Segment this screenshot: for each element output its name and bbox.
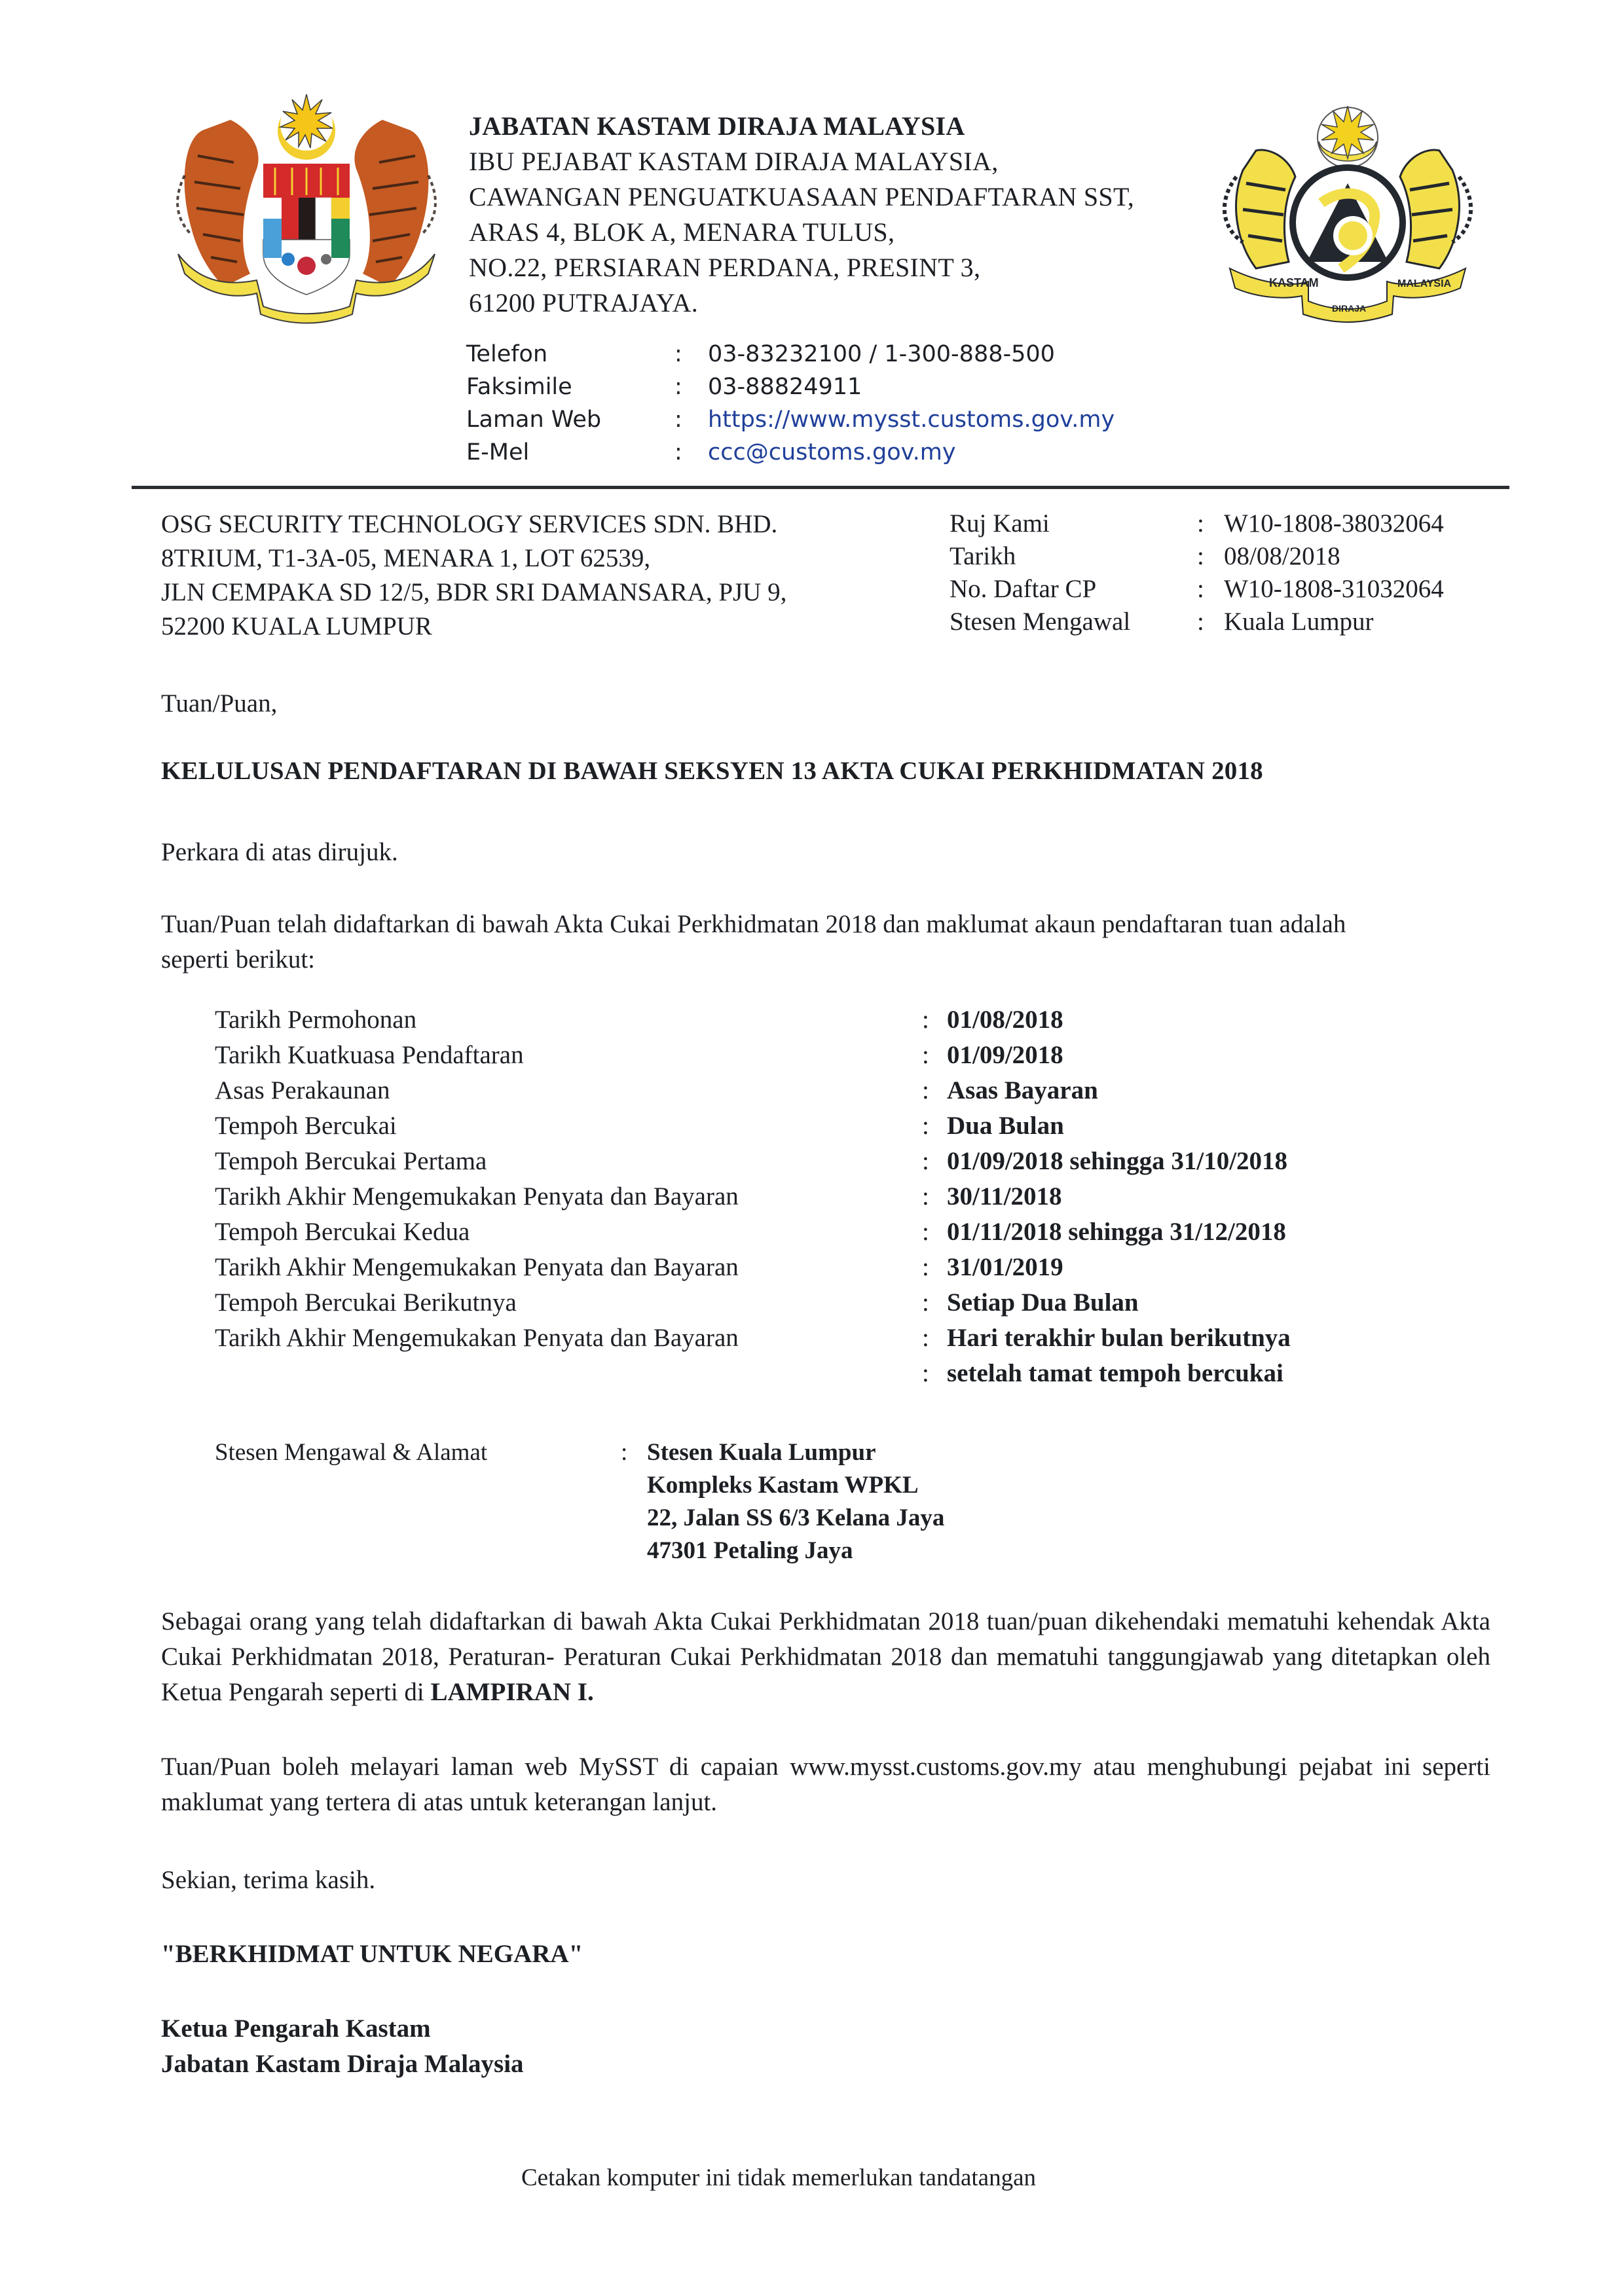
detail-row: Tarikh Akhir Mengemukakan Penyata dan Ba… <box>215 1320 1291 1355</box>
malaysia-coat-of-arms-icon <box>172 90 441 326</box>
address-line: IBU PEJABAT KASTAM DIRAJA MALAYSIA, <box>469 144 1134 179</box>
controlling-station-address: Stesen Mengawal & Alamat:Stesen Kuala Lu… <box>215 1436 944 1567</box>
detail-label: Tarikh Akhir Mengemukakan Penyata dan Ba… <box>215 1182 922 1211</box>
appendix-reference: LAMPIRAN I. <box>431 1678 594 1706</box>
registration-number: W10-1808-31032064 <box>1224 573 1444 606</box>
contact-row-telefon: Telefon : 03-83232100 / 1-300-888-500 <box>466 338 1115 371</box>
recipient-address-line: 8TRIUM, T1-3A-05, MENARA 1, LOT 62539, <box>161 541 786 575</box>
fax-number: 03-88824911 <box>708 371 862 403</box>
letter-title: KELULUSAN PENDAFTARAN DI BAWAH SEKSYEN 1… <box>161 756 1263 786</box>
letterhead-address: JABATAN KASTAM DIRAJA MALAYSIA IBU PEJAB… <box>469 109 1134 321</box>
separator: : <box>922 1111 947 1140</box>
detail-label: Tarikh Kuatkuasa Pendaftaran <box>215 1040 922 1070</box>
address-line: NO.22, PERSIARAN PERDANA, PRESINT 3, <box>469 250 1134 285</box>
separator: : <box>1197 507 1224 540</box>
contact-row-web: Laman Web : https://www.mysst.customs.go… <box>466 403 1115 436</box>
address-line: CAWANGAN PENGUATKUASAAN PENDAFTARAN SST, <box>469 179 1134 215</box>
detail-value: setelah tamat tempoh bercukai <box>947 1358 1283 1388</box>
detail-label: Tempoh Bercukai Kedua <box>215 1217 922 1247</box>
separator: : <box>922 1182 947 1211</box>
svg-text:KASTAM: KASTAM <box>1269 276 1319 289</box>
phone-number: 03-83232100 / 1-300-888-500 <box>708 338 1055 371</box>
separator: : <box>922 1358 947 1388</box>
ref-number: W10-1808-38032064 <box>1224 507 1444 540</box>
detail-row: :setelah tamat tempoh bercukai <box>215 1355 1291 1391</box>
ref-row-stesen: Stesen Mengawal : Kuala Lumpur <box>950 606 1444 638</box>
reference-block: Ruj Kami : W10-1808-38032064 Tarikh : 08… <box>950 507 1444 638</box>
paragraph-1-line-2: seperti berikut: <box>161 942 315 977</box>
detail-row: Tarikh Permohonan:01/08/2018 <box>215 1002 1291 1037</box>
detail-row: Tarikh Akhir Mengemukakan Penyata dan Ba… <box>215 1178 1291 1214</box>
detail-row: Tarikh Kuatkuasa Pendaftaran:01/09/2018 <box>215 1037 1291 1072</box>
ref-row-ruj-kami: Ruj Kami : W10-1808-38032064 <box>950 507 1444 540</box>
letterhead-divider <box>132 486 1509 489</box>
contact-label: Laman Web <box>466 403 674 436</box>
detail-value: 31/01/2019 <box>947 1252 1063 1282</box>
detail-value: 01/09/2018 <box>947 1040 1063 1070</box>
station-row: Kompleks Kastam WPKL <box>215 1468 944 1501</box>
contact-info: Telefon : 03-83232100 / 1-300-888-500 Fa… <box>466 338 1115 469</box>
detail-row: Tempoh Bercukai:Dua Bulan <box>215 1108 1291 1143</box>
paragraph-2: Sebagai orang yang telah didaftarkan di … <box>161 1604 1490 1710</box>
detail-row: Tempoh Bercukai Pertama:01/09/2018 sehin… <box>215 1143 1291 1178</box>
contact-label: Faksimile <box>466 371 674 403</box>
detail-label: Tempoh Bercukai <box>215 1111 922 1140</box>
registration-details: Tarikh Permohonan:01/08/2018 Tarikh Kuat… <box>215 1002 1291 1391</box>
contact-row-email: E-Mel : ccc@customs.gov.my <box>466 436 1115 469</box>
detail-label: Tempoh Bercukai Berikutnya <box>215 1288 922 1317</box>
paragraph-3: Tuan/Puan boleh melayari laman web MySST… <box>161 1749 1490 1820</box>
separator: : <box>922 1005 947 1034</box>
detail-value: 01/11/2018 sehingga 31/12/2018 <box>947 1217 1286 1247</box>
separator: : <box>922 1217 947 1247</box>
salutation: Tuan/Puan, <box>161 686 277 721</box>
separator: : <box>922 1146 947 1176</box>
signatory-organization: Jabatan Kastam Diraja Malaysia <box>161 2047 524 2082</box>
ref-label: Ruj Kami <box>950 507 1197 540</box>
station-line: 47301 Petaling Jaya <box>647 1537 853 1565</box>
detail-row: Tempoh Bercukai Kedua:01/11/2018 sehingg… <box>215 1214 1291 1249</box>
separator: : <box>1197 606 1224 638</box>
detail-label: Tarikh Akhir Mengemukakan Penyata dan Ba… <box>215 1323 922 1353</box>
detail-row: Asas Perakaunan:Asas Bayaran <box>215 1072 1291 1108</box>
separator: : <box>674 403 708 436</box>
email-link[interactable]: ccc@customs.gov.my <box>708 436 956 469</box>
detail-value: Setiap Dua Bulan <box>947 1288 1139 1317</box>
recipient-address-line: JLN CEMPAKA SD 12/5, BDR SRI DAMANSARA, … <box>161 575 786 610</box>
detail-row: Tarikh Akhir Mengemukakan Penyata dan Ba… <box>215 1249 1291 1285</box>
detail-label: Asas Perakaunan <box>215 1076 922 1105</box>
paragraph-1-line-1: Tuan/Puan telah didaftarkan di bawah Akt… <box>161 907 1346 942</box>
detail-value: 01/08/2018 <box>947 1005 1063 1034</box>
separator: : <box>1197 573 1224 606</box>
address-line: ARAS 4, BLOK A, MENARA TULUS, <box>469 215 1134 250</box>
letter-date: 08/08/2018 <box>1224 540 1340 573</box>
royal-malaysian-customs-crest-icon: KASTAM DIRAJA MALAYSIA <box>1217 92 1479 327</box>
footer-note: Cetakan komputer ini tidak memerlukan ta… <box>521 2160 1036 2196</box>
separator: : <box>621 1438 647 1467</box>
separator: : <box>674 371 708 403</box>
contact-row-faksimile: Faksimile : 03-88824911 <box>466 371 1115 403</box>
station-line: Stesen Kuala Lumpur <box>647 1438 876 1467</box>
ref-label: Tarikh <box>950 540 1197 573</box>
ref-row-no-daftar: No. Daftar CP : W10-1808-31032064 <box>950 573 1444 606</box>
ref-label: Stesen Mengawal <box>950 606 1197 638</box>
recipient-name: OSG SECURITY TECHNOLOGY SERVICES SDN. BH… <box>161 507 786 541</box>
intro-text: Perkara di atas dirujuk. <box>161 835 398 870</box>
address-line: 61200 PUTRAJAYA. <box>469 285 1134 321</box>
svg-text:MALAYSIA: MALAYSIA <box>1397 278 1452 289</box>
separator: : <box>922 1252 947 1282</box>
recipient-address-line: 52200 KUALA LUMPUR <box>161 610 786 644</box>
signatory-title: Ketua Pengarah Kastam <box>161 2011 431 2047</box>
station-row: 22, Jalan SS 6/3 Kelana Jaya <box>215 1501 944 1534</box>
svg-text:DIRAJA: DIRAJA <box>1332 303 1366 314</box>
separator: : <box>922 1040 947 1070</box>
separator: : <box>922 1076 947 1105</box>
station-line: Kompleks Kastam WPKL <box>647 1471 919 1499</box>
detail-label: Tarikh Permohonan <box>215 1005 922 1034</box>
separator: : <box>674 338 708 371</box>
contact-label: Telefon <box>466 338 674 371</box>
motto: "BERKHIDMAT UNTUK NEGARA" <box>161 1937 583 1972</box>
detail-value: 30/11/2018 <box>947 1182 1062 1211</box>
ref-row-tarikh: Tarikh : 08/08/2018 <box>950 540 1444 573</box>
separator: : <box>922 1288 947 1317</box>
website-link[interactable]: https://www.mysst.customs.gov.my <box>708 403 1115 436</box>
detail-value: 01/09/2018 sehingga 31/10/2018 <box>947 1146 1287 1176</box>
station-label: Stesen Mengawal & Alamat <box>215 1438 621 1467</box>
detail-label: Tarikh Akhir Mengemukakan Penyata dan Ba… <box>215 1252 922 1282</box>
separator: : <box>1197 540 1224 573</box>
separator: : <box>674 436 708 469</box>
ref-label: No. Daftar CP <box>950 573 1197 606</box>
detail-label: Tempoh Bercukai Pertama <box>215 1146 922 1176</box>
detail-row: Tempoh Bercukai Berikutnya:Setiap Dua Bu… <box>215 1285 1291 1320</box>
detail-value: Hari terakhir bulan berikutnya <box>947 1323 1291 1353</box>
paragraph-2-text: Sebagai orang yang telah didaftarkan di … <box>161 1607 1490 1706</box>
detail-value: Dua Bulan <box>947 1111 1064 1140</box>
recipient-address: OSG SECURITY TECHNOLOGY SERVICES SDN. BH… <box>161 507 786 644</box>
controlling-station: Kuala Lumpur <box>1224 606 1374 638</box>
closing: Sekian, terima kasih. <box>161 1863 375 1898</box>
station-row: Stesen Mengawal & Alamat:Stesen Kuala Lu… <box>215 1436 944 1468</box>
separator: : <box>922 1323 947 1353</box>
detail-value: Asas Bayaran <box>947 1076 1098 1105</box>
contact-label: E-Mel <box>466 436 674 469</box>
agency-name: JABATAN KASTAM DIRAJA MALAYSIA <box>469 109 1134 144</box>
station-line: 22, Jalan SS 6/3 Kelana Jaya <box>647 1504 944 1532</box>
station-row: 47301 Petaling Jaya <box>215 1534 944 1567</box>
